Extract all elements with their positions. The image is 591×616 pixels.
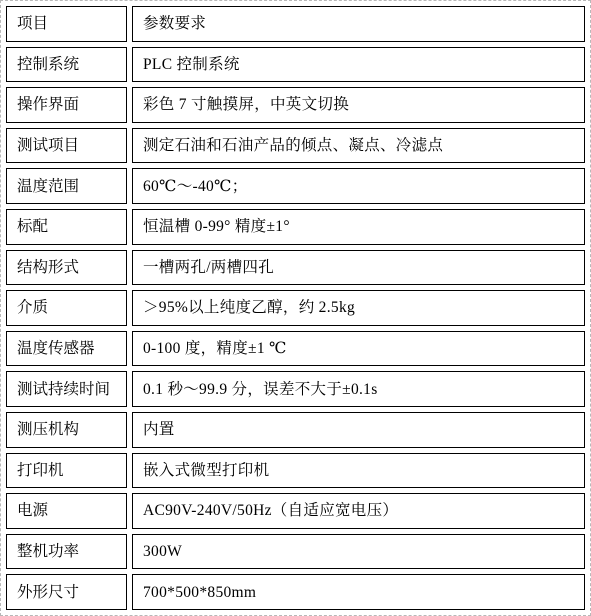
spec-label-cell: 外形尺寸 xyxy=(6,574,127,610)
spec-label-cell: 结构形式 xyxy=(6,250,127,286)
spec-label-cell: 介质 xyxy=(6,290,127,326)
table-row: 操作界面彩色 7 寸触摸屏，中英文切换 xyxy=(6,87,585,123)
spec-label-cell: 控制系统 xyxy=(6,47,127,83)
table-row: 测压机构内置 xyxy=(6,412,585,448)
table-row: 介质＞95%以上纯度乙醇，约 2.5kg xyxy=(6,290,585,326)
table-row: 标配恒温槽 0-99° 精度±1° xyxy=(6,209,585,245)
table-row: 整机功率300W xyxy=(6,534,585,570)
spec-value-cell: 一槽两孔/两槽四孔 xyxy=(132,250,585,286)
table-row: 测试项目测定石油和石油产品的倾点、凝点、冷滤点 xyxy=(6,128,585,164)
header-value-cell: 参数要求 xyxy=(132,6,585,42)
spec-value-cell: 0-100 度，精度±1 ℃ xyxy=(132,331,585,367)
spec-label-cell: 测试项目 xyxy=(6,128,127,164)
spec-value-cell: AC90V-240V/50Hz（自适应宽电压） xyxy=(132,493,585,529)
spec-label-cell: 电源 xyxy=(6,493,127,529)
spec-label-cell: 标配 xyxy=(6,209,127,245)
spec-label-cell: 整机功率 xyxy=(6,534,127,570)
table-row: 外形尺寸700*500*850mm xyxy=(6,574,585,610)
spec-label-cell: 测压机构 xyxy=(6,412,127,448)
spec-table-body: 项目 参数要求 控制系统PLC 控制系统操作界面彩色 7 寸触摸屏，中英文切换测… xyxy=(6,6,585,610)
table-row: 控制系统PLC 控制系统 xyxy=(6,47,585,83)
spec-value-cell: 700*500*850mm xyxy=(132,574,585,610)
spec-value-cell: 测定石油和石油产品的倾点、凝点、冷滤点 xyxy=(132,128,585,164)
spec-value-cell: PLC 控制系统 xyxy=(132,47,585,83)
spec-table-frame: 项目 参数要求 控制系统PLC 控制系统操作界面彩色 7 寸触摸屏，中英文切换测… xyxy=(0,0,591,616)
spec-value-cell: 嵌入式微型打印机 xyxy=(132,453,585,489)
spec-value-cell: 60℃～-40℃； xyxy=(132,168,585,204)
spec-label-cell: 测试持续时间 xyxy=(6,371,127,407)
table-row: 打印机嵌入式微型打印机 xyxy=(6,453,585,489)
table-row: 测试持续时间0.1 秒～99.9 分，误差不大于±0.1s xyxy=(6,371,585,407)
spec-label-cell: 温度传感器 xyxy=(6,331,127,367)
table-row: 温度范围60℃～-40℃； xyxy=(6,168,585,204)
table-row: 电源AC90V-240V/50Hz（自适应宽电压） xyxy=(6,493,585,529)
spec-value-cell: 内置 xyxy=(132,412,585,448)
spec-table: 项目 参数要求 控制系统PLC 控制系统操作界面彩色 7 寸触摸屏，中英文切换测… xyxy=(1,1,590,615)
spec-value-cell: 0.1 秒～99.9 分，误差不大于±0.1s xyxy=(132,371,585,407)
table-header-row: 项目 参数要求 xyxy=(6,6,585,42)
spec-label-cell: 打印机 xyxy=(6,453,127,489)
header-label-cell: 项目 xyxy=(6,6,127,42)
spec-value-cell: 恒温槽 0-99° 精度±1° xyxy=(132,209,585,245)
table-row: 结构形式一槽两孔/两槽四孔 xyxy=(6,250,585,286)
spec-value-cell: 300W xyxy=(132,534,585,570)
spec-value-cell: ＞95%以上纯度乙醇，约 2.5kg xyxy=(132,290,585,326)
spec-label-cell: 温度范围 xyxy=(6,168,127,204)
spec-value-cell: 彩色 7 寸触摸屏，中英文切换 xyxy=(132,87,585,123)
table-row: 温度传感器0-100 度，精度±1 ℃ xyxy=(6,331,585,367)
spec-label-cell: 操作界面 xyxy=(6,87,127,123)
